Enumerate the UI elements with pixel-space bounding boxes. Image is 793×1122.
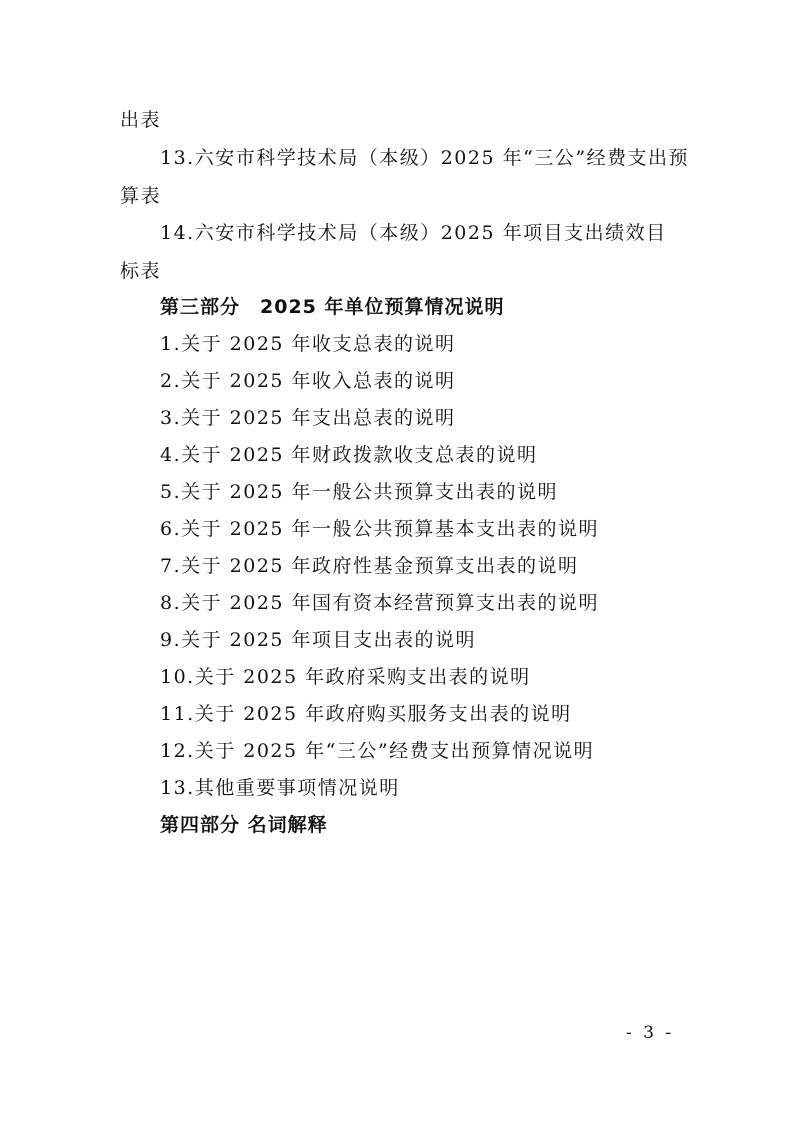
toc-item-5: 5.关于 2025 年一般公共预算支出表的说明	[160, 480, 558, 504]
section-heading-part-three: 第三部分 2025 年单位预算情况说明	[160, 295, 505, 319]
toc-item-9: 9.关于 2025 年项目支出表的说明	[160, 628, 476, 652]
toc-item-6: 6.关于 2025 年一般公共预算基本支出表的说明	[160, 517, 599, 541]
toc-item-7: 7.关于 2025 年政府性基金预算支出表的说明	[160, 554, 579, 578]
toc-line-continuation: 出表	[120, 108, 161, 132]
toc-item-4: 4.关于 2025 年财政拨款收支总表的说明	[160, 443, 538, 467]
toc-line-continuation: 算表	[120, 184, 161, 208]
toc-item-3: 3.关于 2025 年支出总表的说明	[160, 406, 456, 430]
section-heading-part-four: 第四部分 名词解释	[160, 813, 328, 837]
page-number: - 3 -	[626, 1022, 674, 1044]
toc-item-14-performance-table: 14.六安市科学技术局（本级）2025 年项目支出绩效目	[160, 221, 667, 245]
toc-item-13: 13.其他重要事项情况说明	[160, 776, 400, 800]
toc-item-12: 12.关于 2025 年“三公”经费支出预算情况说明	[160, 739, 594, 763]
toc-item-1: 1.关于 2025 年收支总表的说明	[160, 332, 456, 356]
toc-line-continuation: 标表	[120, 259, 161, 283]
toc-item-13-sangong-budget-table: 13.六安市科学技术局（本级）2025 年“三公”经费支出预	[160, 146, 689, 170]
toc-item-10: 10.关于 2025 年政府采购支出表的说明	[160, 665, 531, 689]
toc-item-2: 2.关于 2025 年收入总表的说明	[160, 369, 456, 393]
toc-item-8: 8.关于 2025 年国有资本经营预算支出表的说明	[160, 591, 599, 615]
toc-item-11: 11.关于 2025 年政府购买服务支出表的说明	[160, 702, 572, 726]
